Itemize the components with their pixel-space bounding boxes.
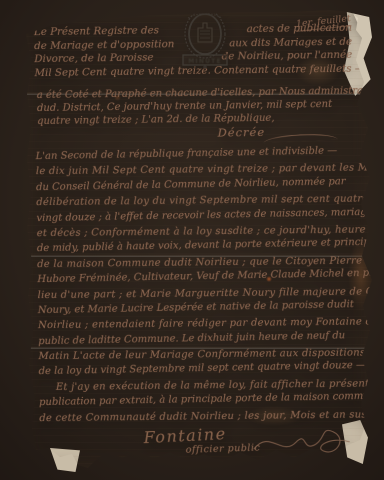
- manuscript-text: Le Présent Registre des actes de publica…: [30, 4, 366, 471]
- attestation-block: a été Coté et Paraphé en chacune d'icell…: [37, 86, 350, 129]
- fiscal-stamp-icon: MINUTE: [180, 8, 230, 70]
- line-left: Divorce, de la Paroisse: [34, 51, 153, 66]
- stamp-banner-text: MINUTE: [188, 58, 222, 65]
- signature-title: officier public: [186, 442, 261, 455]
- photograph-background: 1er. feuillet Le Présent Registre des ac…: [0, 0, 384, 480]
- manuscript-page: 1er. feuillet Le Présent Registre des ac…: [20, 8, 374, 470]
- line-right: de Noirlieu, pour l'année: [222, 49, 353, 64]
- signature-paraph-flourish: [251, 418, 362, 460]
- publication-act-block: L'an Second de la république française u…: [36, 147, 366, 429]
